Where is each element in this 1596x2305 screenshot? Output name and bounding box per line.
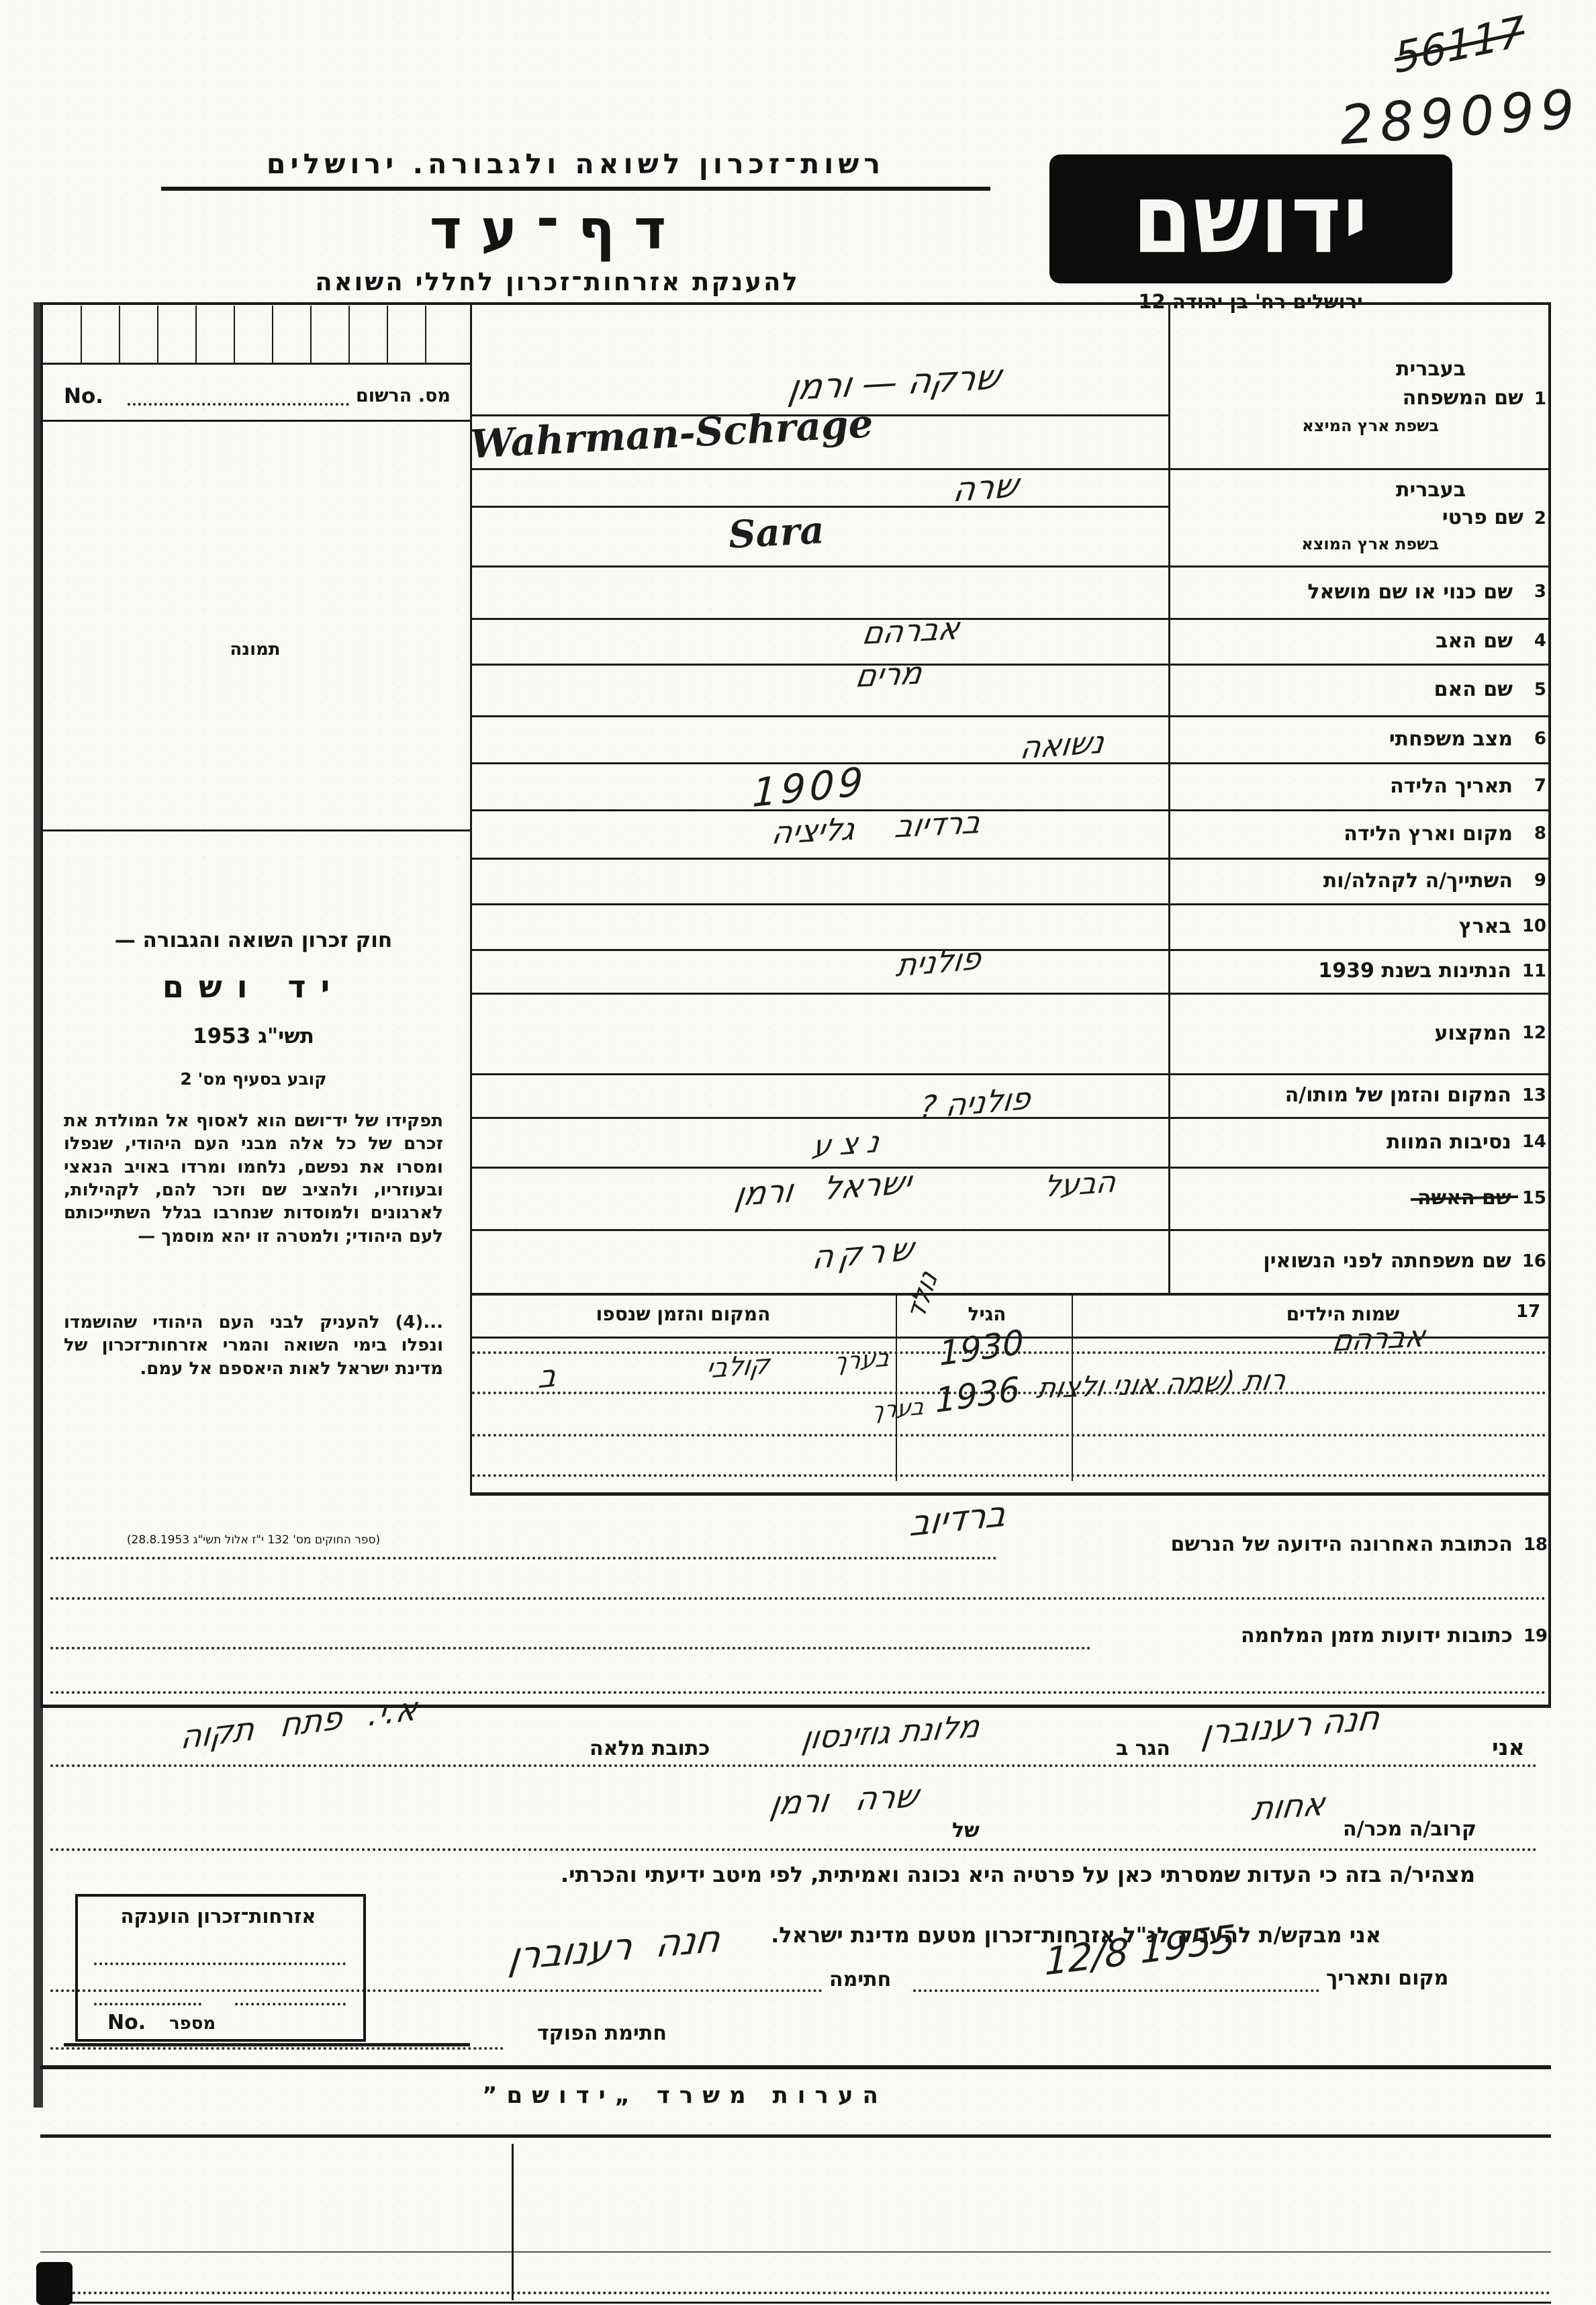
declaration-resides-label: הגר ב — [1116, 1737, 1170, 1760]
cell-tick — [348, 306, 350, 363]
signature-label: חתימה — [829, 1968, 891, 1991]
granted-box-dotted-2b — [235, 2003, 346, 2005]
law-footnote: (ספר החוקים מס' 132 י"ז אלול תשי"ג 28.8.… — [57, 1533, 450, 1547]
photo-placeholder-label: תמונה — [215, 639, 295, 660]
hw-of-value: שרה ורמן — [768, 1777, 921, 1823]
field-18-last-address: 18הכתובת האחרונה הידועה של הנרשם — [1000, 1533, 1548, 1556]
children-table-top — [470, 1293, 1550, 1296]
law-clause: קובע בסעיף מס' 2 — [64, 1069, 443, 1089]
page-title: דף־עד — [403, 198, 712, 262]
field-9-community: 9השתייך/ה לקהלה/ות — [1172, 858, 1546, 903]
field-8-birth-place: 8מקום וארץ הלידה — [1172, 809, 1546, 858]
field-18-dotted — [50, 1557, 997, 1560]
declaration-statement: מצהיר/ה בזה כי העדות שמסרתי כאן על פרטיה… — [561, 1862, 1475, 1887]
stamped-registry-number: 289099 — [1337, 78, 1583, 157]
hw-address-value: א.י. פתח תקוה — [179, 1690, 419, 1757]
hw-birth-year: 1909 — [751, 758, 867, 817]
law-paragraph-1: תפקידו של יד־ושם הוא לאסוף אל המולדת את … — [64, 1110, 443, 1248]
cell-tick — [387, 306, 388, 363]
crossed-registry-number: 56117 — [1393, 6, 1526, 83]
field-2-first-name: בעברית 2שם פרטי בשפת ארץ המוצא — [1172, 478, 1546, 553]
logo-address: ירושלים רח' בן יהודה 12 — [1051, 290, 1450, 313]
granted-box-underline — [64, 2043, 470, 2046]
field-6-marital-status: 6מצב משפחתי — [1172, 715, 1546, 762]
field-1-main-label: 1שם המשפחה — [1172, 386, 1546, 410]
granted-box-no-label: No. — [107, 2011, 146, 2034]
hw-child1-age-note: בערך — [833, 1344, 892, 1377]
hw-child1-place-extra: ב — [536, 1357, 558, 1396]
children-names-header: שמות הילדים — [1175, 1303, 1511, 1325]
hw-family-name-hebrew: שרקה — ורמן — [786, 357, 1003, 408]
footer-dotted-line — [40, 2292, 1551, 2294]
scan-ink-blob — [36, 2262, 73, 2305]
footer-thin-line — [40, 2251, 1551, 2253]
hw-child2-age: 1936 — [935, 1369, 1021, 1420]
hw-signature: חנה רענוברן — [507, 1917, 723, 1979]
official-signature-label: חתימת הפוקד — [537, 2022, 667, 2045]
declaration-line-2-dotted — [50, 1848, 1538, 1851]
cell-tick — [195, 306, 197, 363]
footer-thick-line-1 — [40, 2065, 1551, 2069]
field-19-dotted-2 — [50, 1691, 1546, 1694]
granted-box-dotted-2a — [94, 2003, 201, 2005]
law-paragraph-2: ...(4) להעניק לבני העם היהודי שהושמדו ונ… — [64, 1311, 443, 1380]
declaration-of-label: של — [952, 1819, 980, 1842]
children-field-number: 17 — [1516, 1302, 1540, 1322]
scanned-testimony-page: 56117 289099 רשות־זכרון לשואה ולגבורה. י… — [0, 0, 1596, 2305]
law-title: חוק זכרון השואה והגבורה — — [64, 928, 443, 952]
hw-citizenship: פולנית — [894, 940, 984, 984]
page-subtitle: להענקת אזרחות־זכרון לחללי השואה — [255, 267, 859, 296]
declaration-address-label: כתובת מלאה — [590, 1737, 710, 1760]
table-border-right — [1548, 302, 1551, 1708]
cell-tick — [81, 306, 82, 363]
field-15-spouse-name: 15שם האשה — [1172, 1167, 1546, 1229]
hw-husband-name: ישראל ורמן — [733, 1164, 914, 1214]
footer-thick-line-2 — [40, 2134, 1551, 2138]
law-name: יד ושם — [64, 968, 443, 1005]
hw-child1-age: 1930 — [939, 1322, 1025, 1373]
table-border-top — [40, 302, 1551, 305]
registry-row-bottom — [43, 420, 470, 422]
office-notes-title: הערות משרד „ידושם” — [376, 2082, 994, 2109]
hw-death-circumstances: נצע — [810, 1124, 891, 1165]
hw-child1-place: קולבי — [704, 1349, 771, 1384]
field-7-birth-date: 7תאריך הלידה — [1172, 762, 1546, 809]
cell-tick — [310, 306, 312, 363]
children-row-line — [472, 1474, 1546, 1477]
field-19-dotted — [50, 1647, 1091, 1649]
declaration-i-label: אני — [1492, 1734, 1525, 1760]
cell-tick — [157, 306, 158, 363]
yad-vashem-logo-text: ידושם — [1132, 163, 1369, 275]
authority-title: רשות־זכרון לשואה ולגבורה. ירושלים — [161, 148, 990, 191]
field-12-profession: 12המקצוע — [1172, 993, 1546, 1073]
field-19-war-addresses: 19כתובות ידועות מזמן המלחמה — [1094, 1624, 1548, 1647]
cell-tick — [272, 306, 273, 363]
hw-first-name-hebrew: שרה — [951, 465, 1021, 509]
hw-resides-value: מלונת גוזינסון — [800, 1707, 982, 1756]
left-column-separator — [470, 302, 472, 1492]
children-row-line — [472, 1434, 1546, 1437]
granted-box-title: אזרחות־זכרון הוענקה — [87, 1905, 349, 1928]
field-1-lang-label: בעברית — [1172, 357, 1546, 381]
cell-strip-bottom — [43, 363, 470, 365]
hw-first-name-latin: Sara — [727, 508, 825, 557]
field-11-citizenship-1939: 11הנתינות בשנת 1939 — [1172, 949, 1546, 993]
place-date-dotted — [913, 1989, 1319, 1992]
field-1-sub-label: בשפת ארץ המיצא — [1172, 416, 1546, 435]
cell-tick — [119, 306, 120, 363]
footer-vertical-mark — [512, 2144, 514, 2300]
field-5-mother-name: 5שם האם — [1172, 664, 1546, 715]
law-year: תשי"ג 1953 — [64, 1024, 443, 1048]
granted-box-dotted-1 — [94, 1962, 346, 1965]
yad-vashem-logo: ידושם — [1049, 154, 1452, 283]
field-3-nickname: 3שם כנוי או שם מושאל — [1172, 566, 1546, 618]
scan-edge-bar — [34, 302, 43, 2108]
registry-reg-label: מס. הרשום — [356, 386, 451, 406]
hw-marital-status: נשואה — [1018, 723, 1107, 766]
field-2-main-label: 2שם פרטי — [1172, 506, 1546, 529]
hw-child2-age-note: בערך — [870, 1393, 926, 1425]
field-2-lang-label: בעברית — [1172, 478, 1546, 502]
hw-family-name-latin: Wahrman-Schrage — [469, 400, 874, 467]
registry-no-label: No. — [64, 384, 103, 408]
field-14-death-circumstances: 14נסיבות המוות — [1172, 1117, 1546, 1167]
field-16-maiden-name: 16שם משפחתה לפני הנשואין — [1172, 1229, 1546, 1293]
hw-child1-name: אברהם — [1330, 1319, 1428, 1359]
hw-maiden-name: שרקה — [810, 1230, 921, 1277]
field-18-dotted-2 — [50, 1597, 1546, 1600]
hw-relation-value: אחות — [1250, 1785, 1327, 1828]
hw-father-name: אברהם — [860, 610, 962, 651]
granted-box-number-label: מספר — [169, 2014, 216, 2034]
field-15-replacement-handwriting: הבעל — [1042, 1165, 1117, 1204]
hw-death-place: פולניה ? — [918, 1079, 1033, 1126]
children-table-bottom — [470, 1492, 1550, 1496]
declaration-relation-label: קרוב/ה מכר/ה — [1343, 1817, 1476, 1841]
hw-mother-name: מרים — [853, 654, 925, 694]
children-col-divider — [896, 1293, 897, 1481]
photo-box-bottom — [43, 829, 470, 831]
right-column-separator — [1168, 302, 1170, 1295]
field-4-father-name: 4שם האב — [1172, 618, 1546, 664]
field-1-family-name: בעברית 1שם המשפחה בשפת ארץ המיצא — [1172, 357, 1546, 435]
hw-last-address: ברדיוב — [908, 1494, 1008, 1545]
cell-tick — [234, 306, 235, 363]
registry-no-dotted-line — [128, 403, 349, 406]
field-13-death-place-time: 13המקום והזמן של מותו/ה — [1172, 1073, 1546, 1117]
field-10-in-country: 10בארץ — [1172, 903, 1546, 949]
cell-tick — [425, 306, 426, 363]
children-place-header: המקום והזמן שנספו — [473, 1303, 893, 1325]
place-date-label: מקום ותאריך — [1326, 1967, 1448, 1990]
official-signature-dotted — [50, 2047, 504, 2050]
declaration-line-1-dotted — [50, 1764, 1538, 1767]
footer-bottom-line — [40, 2302, 1551, 2304]
field-2-sub-label: בשפת ארץ המוצא — [1172, 535, 1546, 553]
